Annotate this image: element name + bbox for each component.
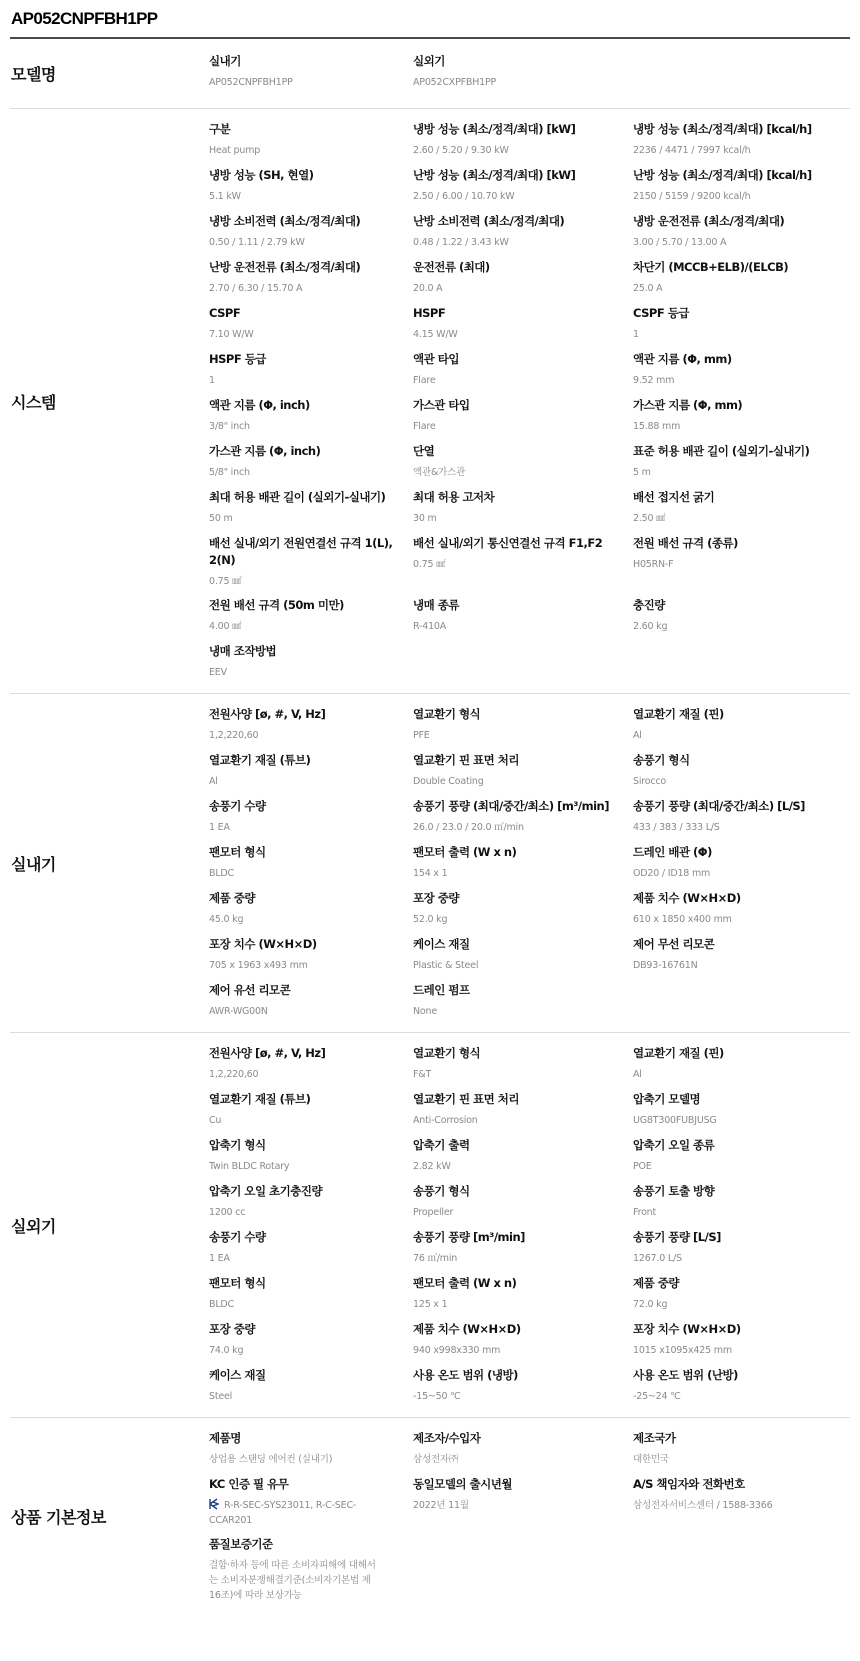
spec-item: 제조자/수입자삼성전자㈜: [413, 1428, 633, 1474]
spec-key: 전원사양 [ø, #, V, Hz]: [209, 1043, 413, 1062]
spec-item: 가스관 지름 (Φ, inch)5/8" inch: [209, 441, 413, 487]
spec-key: 가스관 지름 (Φ, mm): [633, 395, 850, 414]
spec-key: 송풍기 형식: [633, 750, 850, 769]
spec-item: 열교환기 형식F&T: [413, 1043, 633, 1089]
spec-value: Sirocco: [633, 774, 850, 789]
spec-item: 배선 실내/외기 통신연결선 규격 F1,F20.75 ㎟: [413, 533, 633, 595]
spec-key: A/S 책임자와 전화번호: [633, 1474, 850, 1493]
spec-value: -25~24 ℃: [633, 1389, 850, 1404]
spec-value: Propeller: [413, 1205, 633, 1220]
spec-item: 실내기AP052CNPFBH1PP: [209, 51, 413, 96]
spec-item: 제어 무선 리모콘DB93-16761N: [633, 934, 850, 980]
spec-key: 품질보증기준: [209, 1534, 413, 1553]
spec-value: 20.0 A: [413, 281, 633, 296]
spec-value: 2.82 kW: [413, 1159, 633, 1174]
spec-item: 냉방 소비전력 (최소/정격/최대)0.50 / 1.11 / 2.79 kW: [209, 211, 413, 257]
spec-key: 열교환기 재질 (핀): [633, 1043, 850, 1062]
spec-item: 압축기 출력2.82 kW: [413, 1135, 633, 1181]
spec-value: 1: [633, 327, 850, 342]
spec-key: 팬모터 형식: [209, 842, 413, 861]
spec-value: 1,2,220,60: [209, 1067, 413, 1082]
spec-item: 냉방 운전전류 (최소/정격/최대)3.00 / 5.70 / 13.00 A: [633, 211, 850, 257]
spec-value: 5 m: [633, 465, 850, 480]
spec-item: 품질보증기준결함·하자 등에 따른 소비자피해에 대해서는 소비자분쟁해결기준(…: [209, 1534, 413, 1609]
spec-key: 송풍기 형식: [413, 1181, 633, 1200]
spec-item: 냉방 성능 (최소/정격/최대) [kW]2.60 / 5.20 / 9.30 …: [413, 119, 633, 165]
spec-key: CSPF 등급: [633, 303, 850, 322]
page-title: AP052CNPFBH1PP: [10, 0, 850, 37]
spec-item: 팬모터 출력 (W x n)154 x 1: [413, 842, 633, 888]
spec-item: 열교환기 형식PFE: [413, 704, 633, 750]
spec-item: 차단기 (MCCB+ELB)/(ELCB)25.0 A: [633, 257, 850, 303]
spec-item: 제어 유선 리모콘AWR-WG00N: [209, 980, 413, 1026]
spec-item: 압축기 형식Twin BLDC Rotary: [209, 1135, 413, 1181]
spec-value: 52.0 kg: [413, 912, 633, 927]
spec-item: 열교환기 재질 (핀)Al: [633, 704, 850, 750]
spec-value: 45.0 kg: [209, 912, 413, 927]
spec-item: 포장 치수 (W×H×D)1015 x1095x425 mm: [633, 1319, 850, 1365]
spec-item: KC 인증 필 유무R-R-SEC-SYS23011, R-C-SEC-CCAR…: [209, 1474, 413, 1534]
spec-item: 단열액관&가스관: [413, 441, 633, 487]
spec-value: 125 x 1: [413, 1297, 633, 1312]
spec-value: R-410A: [413, 619, 633, 634]
section-label: 실외기: [10, 1033, 209, 1417]
spec-key: 케이스 재질: [209, 1365, 413, 1384]
spec-key: 액관 타입: [413, 349, 633, 368]
spec-value-text: R-R-SEC-SYS23011, R-C-SEC-CCAR201: [209, 1500, 356, 1526]
spec-item: 구분Heat pump: [209, 119, 413, 165]
spec-key: 제품 중량: [633, 1273, 850, 1292]
spec-value: None: [413, 1004, 633, 1019]
spec-value: 2.70 / 6.30 / 15.70 A: [209, 281, 413, 296]
spec-item: 열교환기 재질 (튜브)Cu: [209, 1089, 413, 1135]
section-model: 모델명 실내기AP052CNPFBH1PP 실외기AP052CXPFBH1PP: [10, 39, 850, 109]
spec-item: 케이스 재질Steel: [209, 1365, 413, 1411]
spec-value: 940 x998x330 mm: [413, 1343, 633, 1358]
spec-key: 실내기: [209, 51, 413, 70]
spec-item: 송풍기 형식Sirocco: [633, 750, 850, 796]
spec-item: 팬모터 출력 (W x n)125 x 1: [413, 1273, 633, 1319]
spec-item: 열교환기 재질 (핀)Al: [633, 1043, 850, 1089]
spec-value: R-R-SEC-SYS23011, R-C-SEC-CCAR201: [209, 1498, 379, 1528]
spec-value: AWR-WG00N: [209, 1004, 413, 1019]
spec-page: AP052CNPFBH1PP 모델명 실내기AP052CNPFBH1PP 실외기…: [0, 0, 860, 1615]
spec-key: 송풍기 풍량 (최대/중간/최소) [L/S]: [633, 796, 850, 815]
spec-value: 15.88 mm: [633, 419, 850, 434]
spec-item: 전원사양 [ø, #, V, Hz]1,2,220,60: [209, 1043, 413, 1089]
section-label: 실내기: [10, 694, 209, 1032]
spec-value: BLDC: [209, 1297, 413, 1312]
section-outdoor: 실외기 전원사양 [ø, #, V, Hz]1,2,220,60열교환기 형식F…: [10, 1033, 850, 1418]
spec-value: 1200 cc: [209, 1205, 413, 1220]
spec-key: 동일모델의 출시년월: [413, 1474, 633, 1493]
spec-key: 열교환기 재질 (튜브): [209, 750, 413, 769]
spec-value: 7.10 W/W: [209, 327, 413, 342]
spec-key: 냉방 소비전력 (최소/정격/최대): [209, 211, 413, 230]
spec-key: HSPF: [413, 303, 633, 322]
spec-item: 송풍기 수량1 EA: [209, 1227, 413, 1273]
spec-key: 제어 무선 리모콘: [633, 934, 850, 953]
spec-value: 0.48 / 1.22 / 3.43 kW: [413, 235, 633, 250]
spec-key: 제조자/수입자: [413, 1428, 633, 1447]
spec-value: Twin BLDC Rotary: [209, 1159, 413, 1174]
spec-key: 난방 성능 (최소/정격/최대) [kcal/h]: [633, 165, 850, 184]
spec-value: 2.50 ㎟: [633, 511, 850, 526]
spec-key: 배선 실내/외기 전원연결선 규격 1(L), 2(N): [209, 533, 413, 569]
spec-item: 송풍기 형식Propeller: [413, 1181, 633, 1227]
spec-value: 30 m: [413, 511, 633, 526]
spec-item: 액관 지름 (Φ, inch)3/8" inch: [209, 395, 413, 441]
spec-value: Flare: [413, 373, 633, 388]
spec-key: 냉방 성능 (SH, 현열): [209, 165, 413, 184]
spec-value: 9.52 mm: [633, 373, 850, 388]
spec-key: 난방 성능 (최소/정격/최대) [kW]: [413, 165, 633, 184]
spec-key: 케이스 재질: [413, 934, 633, 953]
spec-value: 2.60 / 5.20 / 9.30 kW: [413, 143, 633, 158]
spec-item: A/S 책임자와 전화번호삼성전자서비스센터 / 1588-3366: [633, 1474, 850, 1534]
spec-grid: 실내기AP052CNPFBH1PP 실외기AP052CXPFBH1PP: [209, 39, 850, 108]
spec-key: 압축기 오일 초기충진량: [209, 1181, 413, 1200]
spec-value: BLDC: [209, 866, 413, 881]
spec-value: AP052CNPFBH1PP: [209, 75, 413, 90]
spec-key: 팬모터 출력 (W x n): [413, 842, 633, 861]
spec-value: 50 m: [209, 511, 413, 526]
spec-value: EEV: [209, 665, 413, 680]
spec-item: CSPF7.10 W/W: [209, 303, 413, 349]
spec-item: 난방 성능 (최소/정격/최대) [kW]2.50 / 6.00 / 10.70…: [413, 165, 633, 211]
spec-key: 송풍기 수량: [209, 796, 413, 815]
spec-key: 열교환기 재질 (핀): [633, 704, 850, 723]
spec-key: 압축기 모델명: [633, 1089, 850, 1108]
spec-key: 냉방 성능 (최소/정격/최대) [kcal/h]: [633, 119, 850, 138]
spec-grid: 구분Heat pump냉방 성능 (최소/정격/최대) [kW]2.60 / 5…: [209, 109, 850, 693]
spec-value: Front: [633, 1205, 850, 1220]
spec-value: 72.0 kg: [633, 1297, 850, 1312]
spec-key: 최대 허용 고저차: [413, 487, 633, 506]
spec-item: 동일모델의 출시년월2022년 11월: [413, 1474, 633, 1534]
spec-item: 전원 배선 규격 (종류)H05RN-F: [633, 533, 850, 595]
spec-item: 실외기AP052CXPFBH1PP: [413, 51, 633, 96]
spec-key: 사용 온도 범위 (냉방): [413, 1365, 633, 1384]
spec-item: 제품 치수 (W×H×D)940 x998x330 mm: [413, 1319, 633, 1365]
spec-item: 송풍기 수량1 EA: [209, 796, 413, 842]
spec-item: 팬모터 형식BLDC: [209, 1273, 413, 1319]
spec-value: 4.00 ㎟: [209, 619, 413, 634]
spec-key: 전원 배선 규격 (종류): [633, 533, 850, 552]
spec-item: 제품 중량72.0 kg: [633, 1273, 850, 1319]
spec-item: 액관 지름 (Φ, mm)9.52 mm: [633, 349, 850, 395]
spec-value: 1 EA: [209, 1251, 413, 1266]
spec-value: -15~50 ℃: [413, 1389, 633, 1404]
spec-item: 열교환기 핀 표면 처리Double Coating: [413, 750, 633, 796]
spec-item: CSPF 등급1: [633, 303, 850, 349]
spec-item: 냉방 성능 (SH, 현열)5.1 kW: [209, 165, 413, 211]
spec-key: 가스관 지름 (Φ, inch): [209, 441, 413, 460]
spec-key: 표준 허용 배관 길이 (실외기-실내기): [633, 441, 850, 460]
spec-key: 가스관 타입: [413, 395, 633, 414]
spec-value: Flare: [413, 419, 633, 434]
spec-item: 포장 치수 (W×H×D)705 x 1963 x493 mm: [209, 934, 413, 980]
spec-value: 1: [209, 373, 413, 388]
section-system: 시스템 구분Heat pump냉방 성능 (최소/정격/최대) [kW]2.60…: [10, 109, 850, 694]
spec-value: 5/8" inch: [209, 465, 413, 480]
spec-value: 433 / 383 / 333 L/S: [633, 820, 850, 835]
spec-key: 최대 허용 배관 길이 (실외기-실내기): [209, 487, 413, 506]
spec-key: 냉방 성능 (최소/정격/최대) [kW]: [413, 119, 633, 138]
spec-key: 냉매 종류: [413, 595, 633, 614]
section-label: 모델명: [10, 39, 209, 108]
spec-key: 송풍기 토출 방향: [633, 1181, 850, 1200]
spec-value: 154 x 1: [413, 866, 633, 881]
spec-value: 0.75 ㎟: [209, 574, 413, 589]
spec-key: 팬모터 형식: [209, 1273, 413, 1292]
spec-item: 사용 온도 범위 (냉방)-15~50 ℃: [413, 1365, 633, 1411]
spec-key: 포장 중량: [209, 1319, 413, 1338]
spec-key: 제조국가: [633, 1428, 850, 1447]
spec-key: 열교환기 형식: [413, 1043, 633, 1062]
spec-value: 0.75 ㎟: [413, 557, 633, 572]
spec-item: 압축기 모델명UG8T300FUBJUSG: [633, 1089, 850, 1135]
spec-key: 배선 실내/외기 통신연결선 규격 F1,F2: [413, 533, 633, 552]
spec-value: 삼성전자서비스센터 / 1588-3366: [633, 1498, 803, 1513]
spec-item: 냉매 조작방법EEV: [209, 641, 413, 687]
spec-value: 3.00 / 5.70 / 13.00 A: [633, 235, 850, 250]
spec-key: 열교환기 형식: [413, 704, 633, 723]
spec-item: 최대 허용 배관 길이 (실외기-실내기)50 m: [209, 487, 413, 533]
spec-value: 1015 x1095x425 mm: [633, 1343, 850, 1358]
spec-key: 팬모터 출력 (W x n): [413, 1273, 633, 1292]
spec-item: 케이스 재질Plastic & Steel: [413, 934, 633, 980]
spec-item: 열교환기 핀 표면 처리Anti-Corrosion: [413, 1089, 633, 1135]
spec-item: 냉매 종류R-410A: [413, 595, 633, 641]
spec-item: 팬모터 형식BLDC: [209, 842, 413, 888]
spec-value: 25.0 A: [633, 281, 850, 296]
spec-item: 송풍기 풍량 [m³/min]76 ㎥/min: [413, 1227, 633, 1273]
spec-value: 76 ㎥/min: [413, 1251, 633, 1266]
spec-key: 드레인 배관 (Φ): [633, 842, 850, 861]
spec-item: 포장 중량52.0 kg: [413, 888, 633, 934]
section-label: 상품 기본정보: [10, 1418, 209, 1615]
spec-value: 3/8" inch: [209, 419, 413, 434]
spec-value: 2022년 11월: [413, 1498, 583, 1513]
spec-key: 충진량: [633, 595, 850, 614]
section-indoor: 실내기 전원사양 [ø, #, V, Hz]1,2,220,60열교환기 형식P…: [10, 694, 850, 1033]
spec-item: 난방 소비전력 (최소/정격/최대)0.48 / 1.22 / 3.43 kW: [413, 211, 633, 257]
spec-key: 송풍기 수량: [209, 1227, 413, 1246]
spec-key: 난방 운전전류 (최소/정격/최대): [209, 257, 413, 276]
spec-key: 열교환기 재질 (튜브): [209, 1089, 413, 1108]
spec-key: 제품 중량: [209, 888, 413, 907]
spec-item: 송풍기 풍량 (최대/중간/최소) [L/S]433 / 383 / 333 L…: [633, 796, 850, 842]
spec-key: 운전전류 (최대): [413, 257, 633, 276]
spec-grid: 제품명상업용 스탠딩 에어컨 (실내기)제조자/수입자삼성전자㈜제조국가대한민국…: [209, 1418, 850, 1615]
spec-key: 포장 치수 (W×H×D): [633, 1319, 850, 1338]
spec-value: 2236 / 4471 / 7997 kcal/h: [633, 143, 850, 158]
spec-key: 제품명: [209, 1428, 413, 1447]
spec-item: 제품 중량45.0 kg: [209, 888, 413, 934]
spec-grid: 전원사양 [ø, #, V, Hz]1,2,220,60열교환기 형식PFE열교…: [209, 694, 850, 1032]
spec-item: 드레인 펌프None: [413, 980, 633, 1026]
spec-value: 2.60 kg: [633, 619, 850, 634]
spec-value: 1,2,220,60: [209, 728, 413, 743]
spec-item: 가스관 지름 (Φ, mm)15.88 mm: [633, 395, 850, 441]
spec-key: 압축기 오일 종류: [633, 1135, 850, 1154]
spec-item: 열교환기 재질 (튜브)Al: [209, 750, 413, 796]
spec-item: 운전전류 (최대)20.0 A: [413, 257, 633, 303]
spec-key: 압축기 출력: [413, 1135, 633, 1154]
spec-key: 송풍기 풍량 [m³/min]: [413, 1227, 633, 1246]
spec-key: 포장 중량: [413, 888, 633, 907]
spec-key: 제어 유선 리모콘: [209, 980, 413, 999]
spec-key: 열교환기 핀 표면 처리: [413, 1089, 633, 1108]
spec-value: Steel: [209, 1389, 413, 1404]
spec-value: Al: [633, 728, 850, 743]
section-label: 시스템: [10, 109, 209, 693]
spec-value: UG8T300FUBJUSG: [633, 1113, 850, 1128]
spec-key: 차단기 (MCCB+ELB)/(ELCB): [633, 257, 850, 276]
spec-value: Heat pump: [209, 143, 413, 158]
spec-value: POE: [633, 1159, 850, 1174]
spec-item: 제품명상업용 스탠딩 에어컨 (실내기): [209, 1428, 413, 1474]
kc-certification-icon: [209, 1498, 219, 1510]
spec-value: AP052CXPFBH1PP: [413, 75, 633, 90]
spec-key: 난방 소비전력 (최소/정격/최대): [413, 211, 633, 230]
spec-key: 사용 온도 범위 (난방): [633, 1365, 850, 1384]
spec-value: 0.50 / 1.11 / 2.79 kW: [209, 235, 413, 250]
spec-key: 열교환기 핀 표면 처리: [413, 750, 633, 769]
spec-value: Double Coating: [413, 774, 633, 789]
spec-grid: 전원사양 [ø, #, V, Hz]1,2,220,60열교환기 형식F&T열교…: [209, 1033, 850, 1417]
spec-item: 난방 성능 (최소/정격/최대) [kcal/h]2150 / 5159 / 9…: [633, 165, 850, 211]
spec-key: 드레인 펌프: [413, 980, 633, 999]
spec-item: 난방 운전전류 (최소/정격/최대)2.70 / 6.30 / 15.70 A: [209, 257, 413, 303]
spec-value: 2.50 / 6.00 / 10.70 kW: [413, 189, 633, 204]
spec-item: 표준 허용 배관 길이 (실외기-실내기)5 m: [633, 441, 850, 487]
spec-value: Al: [209, 774, 413, 789]
spec-key: 실외기: [413, 51, 633, 70]
spec-value: 액관&가스관: [413, 465, 633, 480]
spec-value: DB93-16761N: [633, 958, 850, 973]
spec-item: 송풍기 풍량 [L/S]1267.0 L/S: [633, 1227, 850, 1273]
spec-value: F&T: [413, 1067, 633, 1082]
spec-value: PFE: [413, 728, 633, 743]
spec-item: 냉방 성능 (최소/정격/최대) [kcal/h]2236 / 4471 / 7…: [633, 119, 850, 165]
spec-value: 상업용 스탠딩 에어컨 (실내기): [209, 1452, 379, 1467]
spec-key: 제품 치수 (W×H×D): [413, 1319, 633, 1338]
spec-value: Anti-Corrosion: [413, 1113, 633, 1128]
spec-value: 705 x 1963 x493 mm: [209, 958, 413, 973]
spec-key: 송풍기 풍량 (최대/중간/최소) [m³/min]: [413, 796, 633, 815]
spec-item: HSPF 등급1: [209, 349, 413, 395]
spec-item: 포장 중량74.0 kg: [209, 1319, 413, 1365]
spec-item: 배선 실내/외기 전원연결선 규격 1(L), 2(N)0.75 ㎟: [209, 533, 413, 595]
spec-value: Al: [633, 1067, 850, 1082]
spec-key: 포장 치수 (W×H×D): [209, 934, 413, 953]
spec-value: 26.0 / 23.0 / 20.0 ㎥/min: [413, 820, 633, 835]
spec-value: H05RN-F: [633, 557, 850, 572]
spec-value: 결함·하자 등에 따른 소비자피해에 대해서는 소비자분쟁해결기준(소비자기본법…: [209, 1558, 379, 1603]
spec-item: 송풍기 토출 방향Front: [633, 1181, 850, 1227]
spec-value: 1 EA: [209, 820, 413, 835]
spec-item: 가스관 타입Flare: [413, 395, 633, 441]
spec-value: Plastic & Steel: [413, 958, 633, 973]
spec-key: 배선 접지선 굵기: [633, 487, 850, 506]
spec-key: CSPF: [209, 303, 413, 322]
spec-item: 충진량2.60 kg: [633, 595, 850, 641]
spec-item: 전원사양 [ø, #, V, Hz]1,2,220,60: [209, 704, 413, 750]
spec-key: 단열: [413, 441, 633, 460]
spec-item: 배선 접지선 굵기2.50 ㎟: [633, 487, 850, 533]
spec-item: 압축기 오일 종류POE: [633, 1135, 850, 1181]
spec-key: 압축기 형식: [209, 1135, 413, 1154]
spec-key: KC 인증 필 유무: [209, 1474, 413, 1493]
spec-item: 압축기 오일 초기충진량1200 cc: [209, 1181, 413, 1227]
spec-key: HSPF 등급: [209, 349, 413, 368]
spec-key: 전원사양 [ø, #, V, Hz]: [209, 704, 413, 723]
spec-key: 전원 배선 규격 (50m 미만): [209, 595, 413, 614]
spec-item: 드레인 배관 (Φ)OD20 / ID18 mm: [633, 842, 850, 888]
spec-value: 대한민국: [633, 1452, 803, 1467]
spec-item: 사용 온도 범위 (난방)-25~24 ℃: [633, 1365, 850, 1411]
spec-item: 액관 타입Flare: [413, 349, 633, 395]
spec-value: 1267.0 L/S: [633, 1251, 850, 1266]
spec-value: 5.1 kW: [209, 189, 413, 204]
spec-item: 최대 허용 고저차30 m: [413, 487, 633, 533]
spec-key: 냉방 운전전류 (최소/정격/최대): [633, 211, 850, 230]
spec-item: 제품 치수 (W×H×D)610 x 1850 x400 mm: [633, 888, 850, 934]
spec-key: 송풍기 풍량 [L/S]: [633, 1227, 850, 1246]
spec-value: 삼성전자㈜: [413, 1452, 583, 1467]
spec-key: 액관 지름 (Φ, inch): [209, 395, 413, 414]
spec-key: 구분: [209, 119, 413, 138]
spec-value: 610 x 1850 x400 mm: [633, 912, 850, 927]
section-basic-info: 상품 기본정보 제품명상업용 스탠딩 에어컨 (실내기)제조자/수입자삼성전자㈜…: [10, 1418, 850, 1615]
spec-item: 제조국가대한민국: [633, 1428, 850, 1474]
spec-key: 액관 지름 (Φ, mm): [633, 349, 850, 368]
spec-value: 4.15 W/W: [413, 327, 633, 342]
spec-item: HSPF4.15 W/W: [413, 303, 633, 349]
spec-value: Cu: [209, 1113, 413, 1128]
spec-value: OD20 / ID18 mm: [633, 866, 850, 881]
spec-key: 제품 치수 (W×H×D): [633, 888, 850, 907]
spec-value: 74.0 kg: [209, 1343, 413, 1358]
spec-item: 송풍기 풍량 (최대/중간/최소) [m³/min]26.0 / 23.0 / …: [413, 796, 633, 842]
spec-key: 냉매 조작방법: [209, 641, 413, 660]
spec-value: 2150 / 5159 / 9200 kcal/h: [633, 189, 850, 204]
spec-item: 전원 배선 규격 (50m 미만)4.00 ㎟: [209, 595, 413, 641]
